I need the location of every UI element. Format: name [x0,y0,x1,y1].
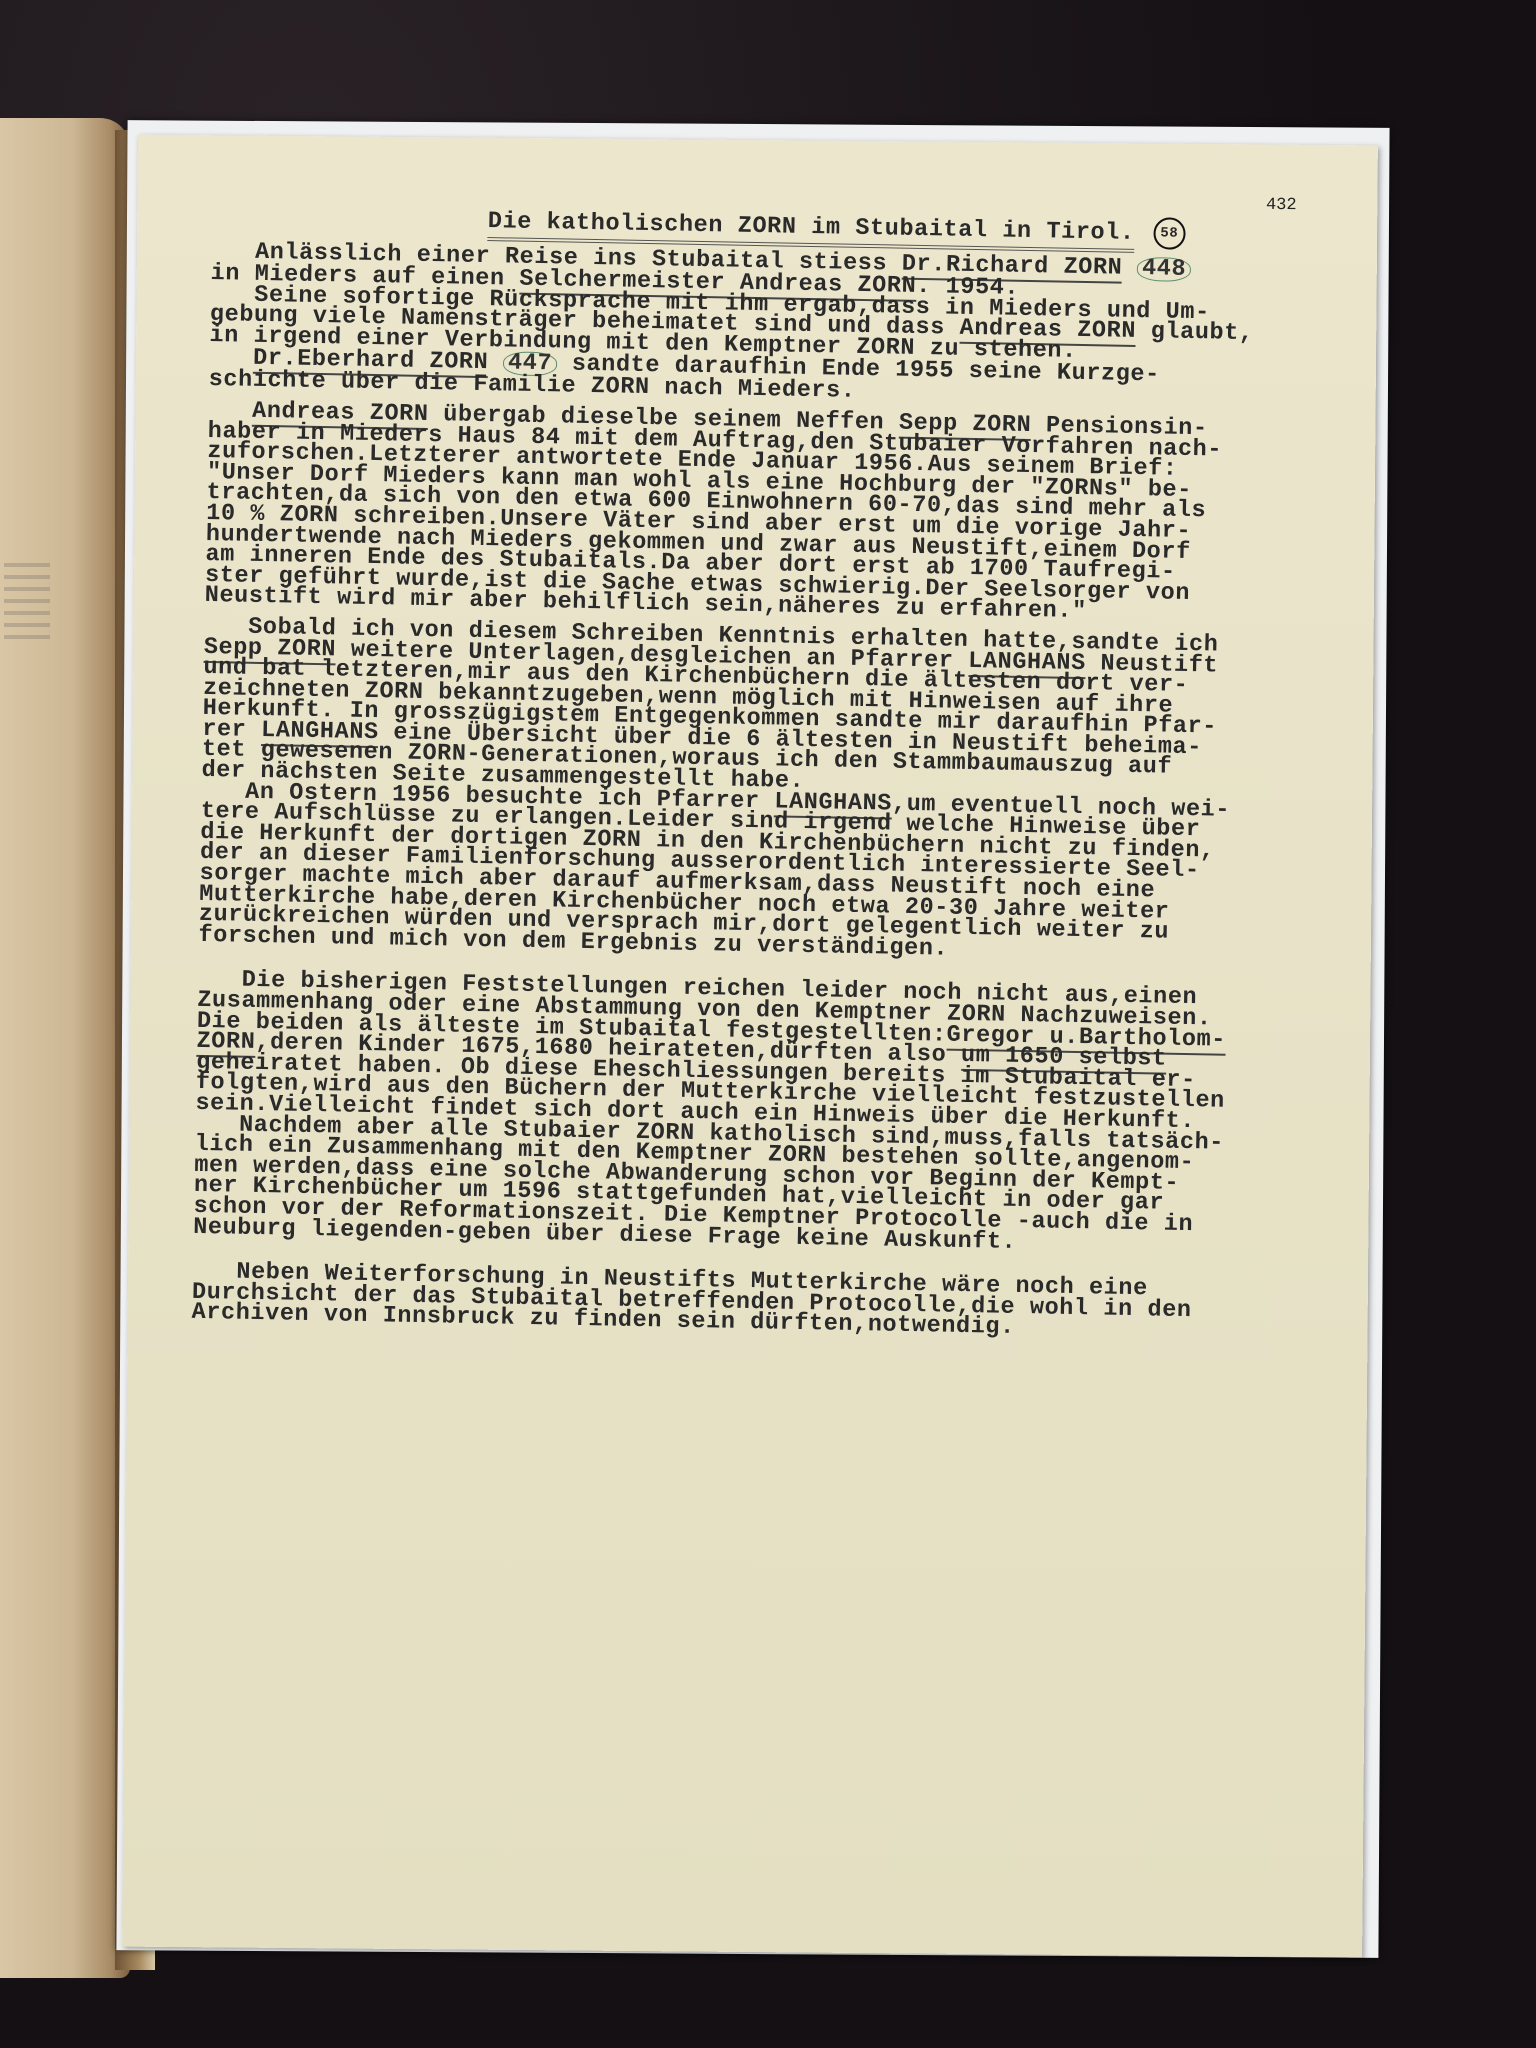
circled-number-stamp: 58 [1153,217,1186,250]
paragraph: Sobald ich von diesem Schreiben Kenntnis… [198,617,1334,967]
text-segment: glaubt, [1136,318,1254,347]
page-number: 432 [1266,196,1297,215]
paragraph: Andreas ZORN übergab dieselbe seinem Nef… [205,401,1339,628]
left-page-faded-text [4,563,50,643]
document-body: Die katholischen ZORN im Stubaital in Ti… [191,200,1341,1344]
paragraph: Die bisherigen Feststellungen reichen le… [193,970,1328,1258]
paragraphs: Anlässlich einer Reise ins Stubaital sti… [191,240,1341,1344]
left-book-page [0,118,130,1978]
paragraph: Anlässlich einer Reise ins Stubaital sti… [209,240,1342,412]
circled-reference-number: 448 [1137,257,1192,282]
text-segment [1122,255,1137,282]
